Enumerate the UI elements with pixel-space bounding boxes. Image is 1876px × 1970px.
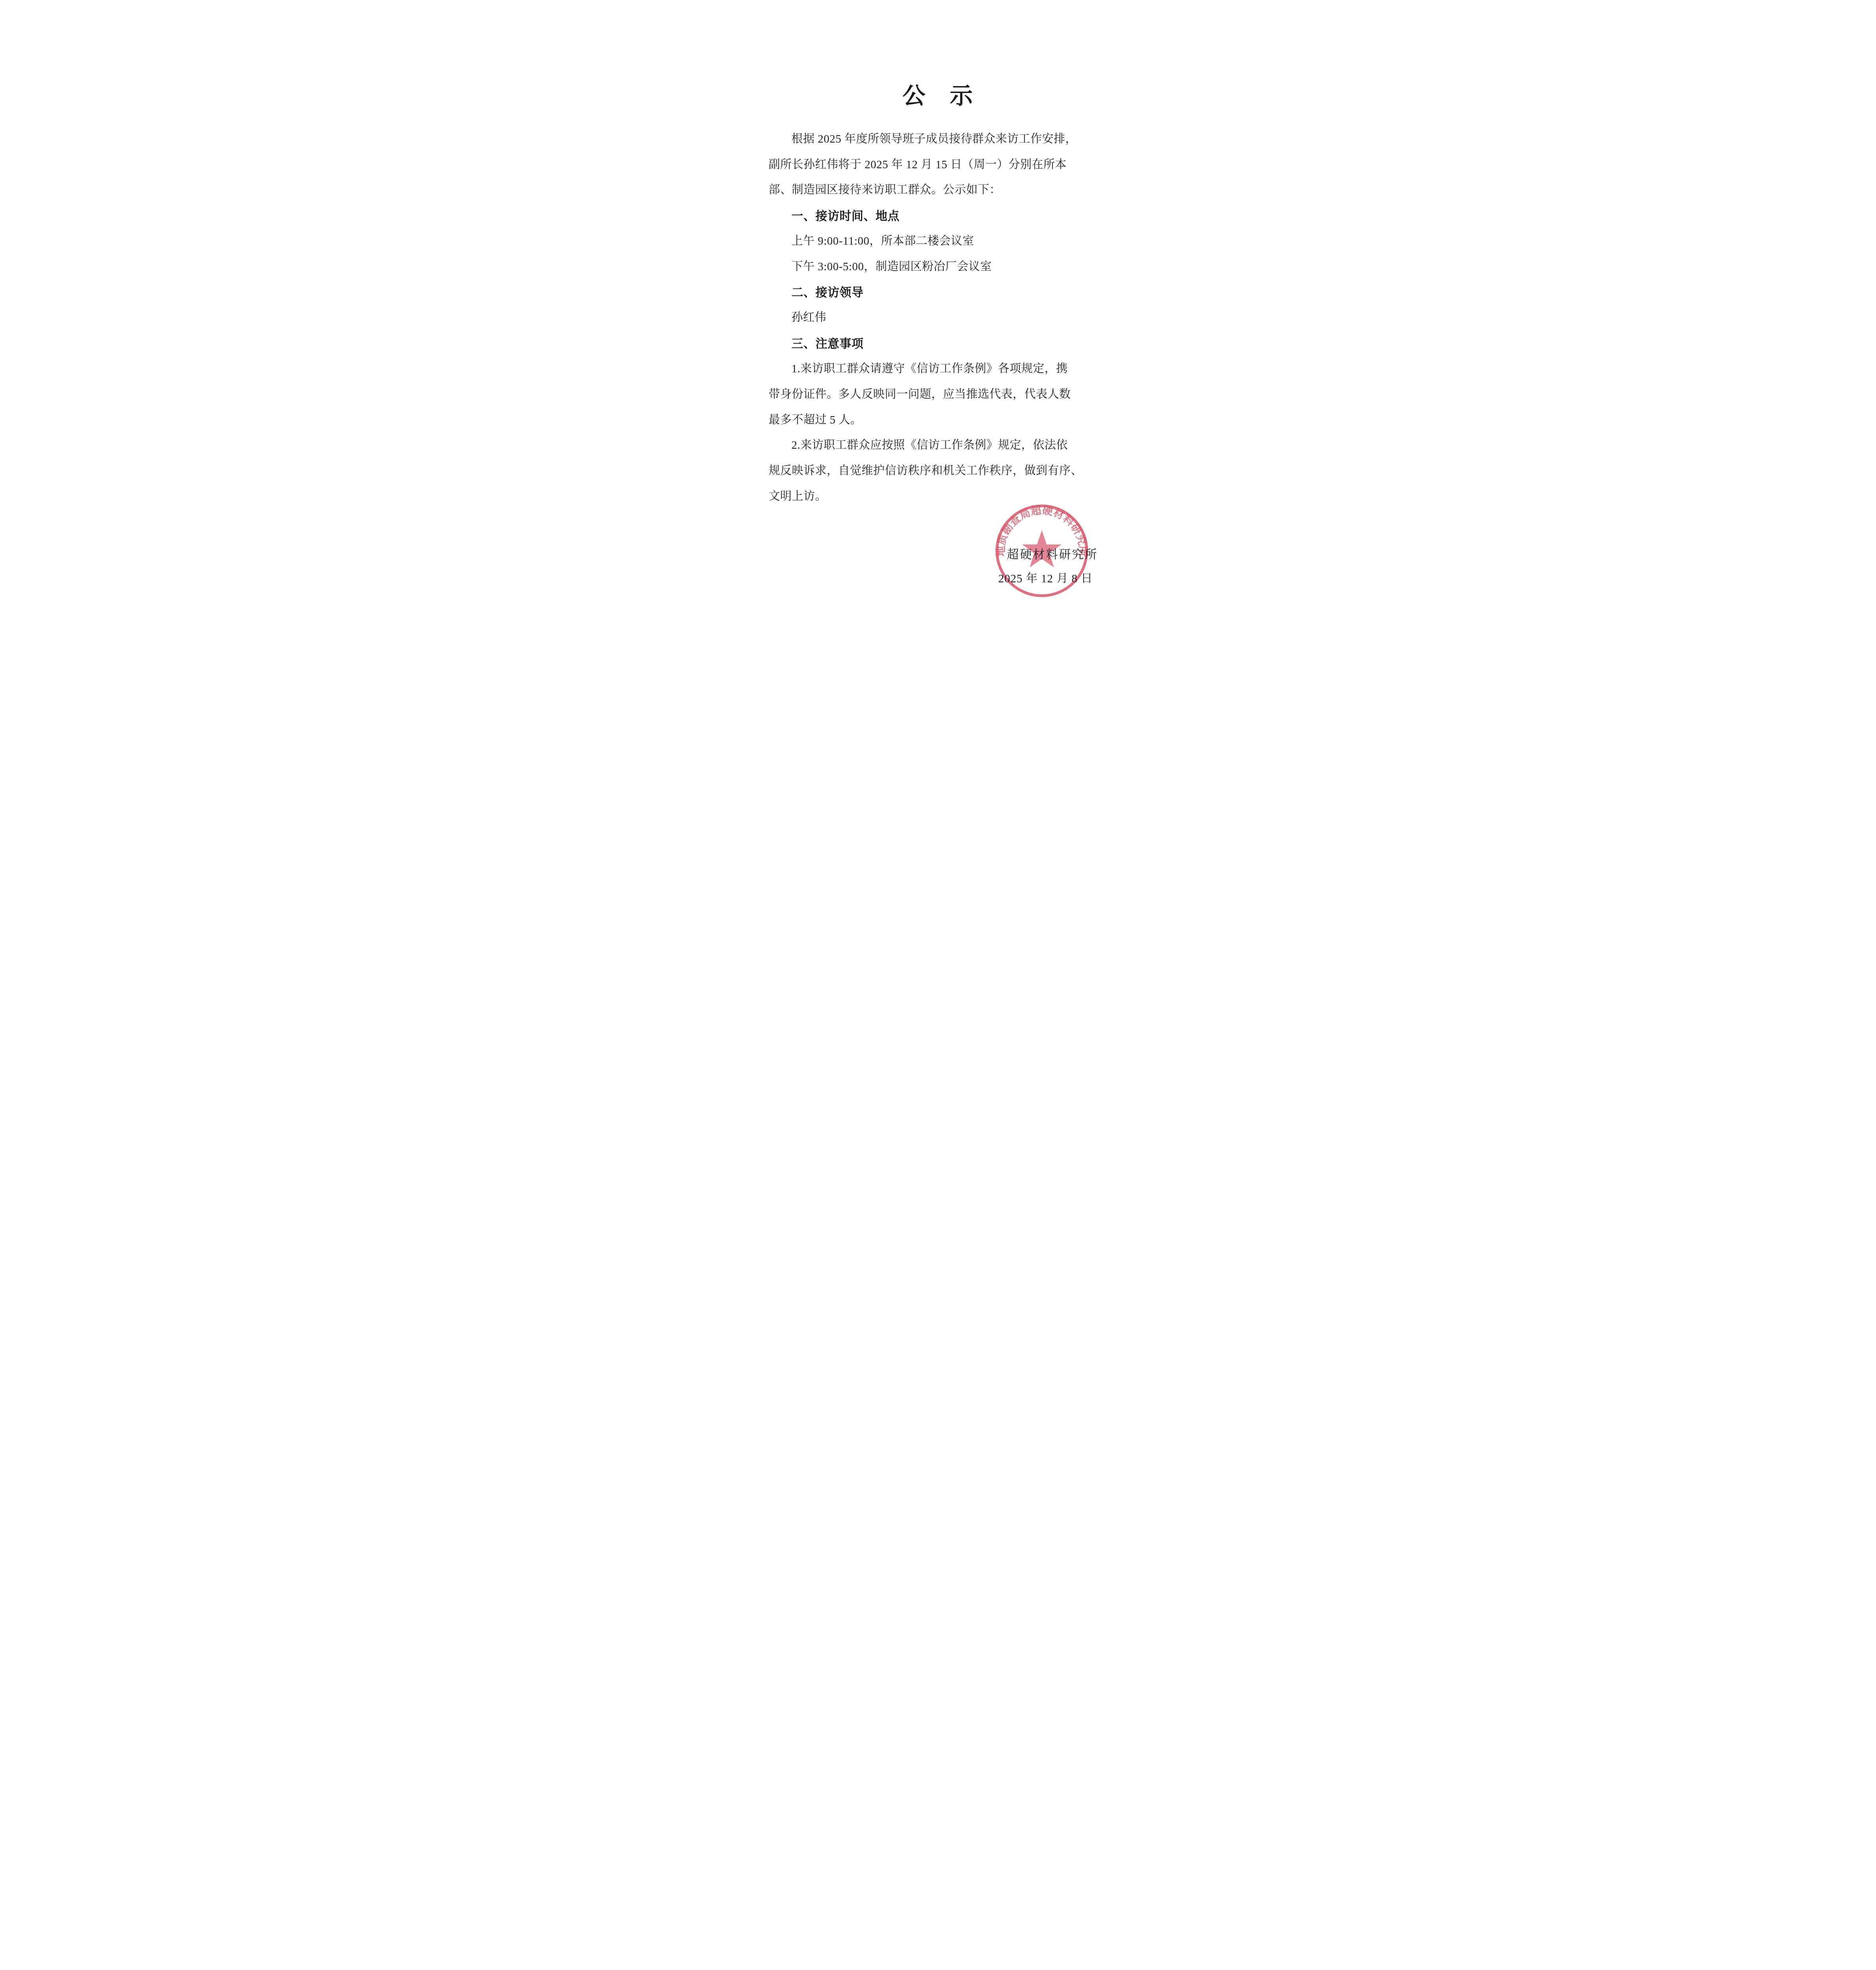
document-line: 规反映诉求，自觉维护信访秩序和机关工作秩序，做到有序、 [769, 457, 1108, 483]
document-line: 2.来访职工群众应按照《信访工作条例》规定，依法依 [769, 432, 1108, 457]
document-line: 1.来访职工群众请遵守《信访工作条例》各项规定，携 [769, 355, 1108, 381]
section-heading: 二、接访领导 [769, 279, 1108, 304]
document-line: 带身份证件。多人反映同一问题，应当推选代表，代表人数 [769, 381, 1108, 406]
document-line: 上午 9:00-11:00，所本部二楼会议室 [769, 227, 1108, 253]
page-title: 公 示 [704, 77, 1173, 110]
section-heading: 一、接访时间、地点 [769, 202, 1108, 227]
notice-body: 根据 2025 年度所领导班子成员接待群众来访工作安排，副所长孙红伟将于 202… [769, 125, 1108, 508]
document-line: 根据 2025 年度所领导班子成员接待群众来访工作安排， [769, 125, 1108, 151]
section-heading: 三、注意事项 [769, 329, 1108, 355]
notice-page: 公 示 根据 2025 年度所领导班子成员接待群众来访工作安排，副所长孙红伟将于… [704, 0, 1173, 663]
document-line: 最多不超过 5 人。 [769, 406, 1108, 432]
signature-org: 超硬材料研究所 [1007, 545, 1098, 562]
document-line: 部、制造园区接待来访职工群众。公示如下： [769, 177, 1108, 202]
document-line: 下午 3:00-5:00，制造园区粉冶厂会议室 [769, 253, 1108, 279]
document-line: 孙红伟 [769, 304, 1108, 330]
document-line: 副所长孙红伟将于 2025 年 12 月 15 日（周一）分别在所本 [769, 151, 1108, 177]
document-date: 2025 年 12 月 8 日 [998, 570, 1093, 586]
